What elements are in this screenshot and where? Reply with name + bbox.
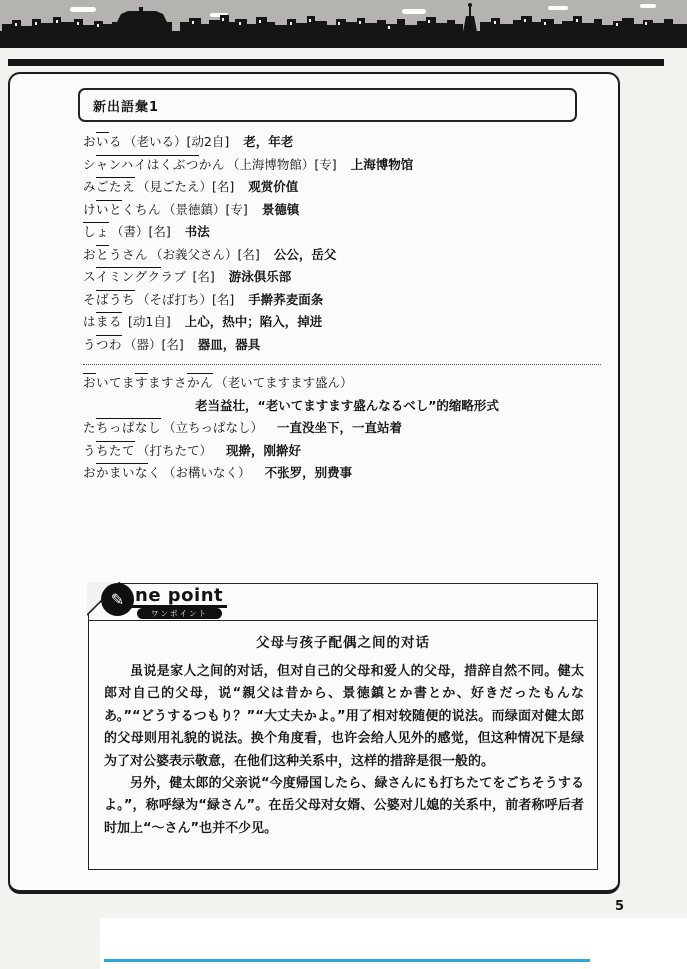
vocab-reading: おとうさん: [83, 245, 148, 262]
vocab-reading: しょ: [83, 222, 109, 239]
vocab-kanji-pos: [名]: [189, 269, 215, 284]
vocab-meaning: 景德镇: [262, 202, 300, 217]
vocab-reading: おかまいなく: [83, 463, 161, 480]
vocab-meaning: 手擀荞麦面条: [248, 292, 323, 307]
one-point-title: 父母与孩子配偶之间的对话: [89, 631, 597, 651]
vocab-entry: そばうち（そば打ち）[名]手擀荞麦面条: [83, 289, 607, 312]
one-point-paragraph: 另外，健太郎的父亲说“今度帰国したら、緑さんにも打ちたてをごちそうするよ。”，称…: [104, 773, 584, 840]
vocab-meaning: 老，年老: [243, 134, 293, 149]
vocab-reading: はまる: [83, 312, 122, 329]
city-skyline-image: [0, 0, 687, 48]
vocab-entry: うつわ（器）[名]器皿，器具: [83, 334, 607, 357]
vocab-entry: はまる [动1自]上心，热中；陷入，掉进: [83, 311, 607, 334]
vocab-entry: けいとくちん（景徳鎮）[专]景德镇: [83, 199, 607, 222]
vocab-reading: スイミングクラブ: [83, 267, 187, 284]
vocab-meaning-note: 老当益壮，“老いてますます盛んなるべし”的缩略形式: [195, 395, 607, 418]
vocab-kanji-pos: （老いてますます盛ん）: [215, 375, 353, 390]
vocab-reading: けいとくちん: [83, 200, 161, 217]
vocab-entry: しょ（書）[名]书法: [83, 221, 607, 244]
one-point-logo-subtitle: ワンポイント: [137, 608, 222, 619]
vocab-reading: うちたて: [83, 441, 135, 458]
vocab-kanji-pos: （書）[名]: [111, 224, 171, 239]
one-point-body: 虽说是家人之间的对话，但对自己的父母和爱人的父母，措辞自然不同。健太郎对自己的父…: [104, 661, 584, 840]
vocab-kanji-pos: （お構いなく）: [163, 465, 251, 480]
vocab-entry: スイミングクラブ [名]游泳俱乐部: [83, 266, 607, 289]
vocab-entry: おいてますますさかん（老いてますます盛ん）: [83, 372, 607, 395]
vocab-kanji-pos: （そば打ち）[名]: [137, 292, 234, 307]
vocab-reading: そばうち: [83, 290, 135, 307]
vocab-meaning: 现擀，刚擀好: [226, 443, 301, 458]
vocab-meaning: 公公，岳父: [274, 247, 337, 262]
vocab-entry: おいる（老いる）[动2自]老，年老: [83, 131, 607, 154]
bottom-blue-line: [104, 959, 590, 962]
vocab-meaning: 观赏价值: [248, 179, 298, 194]
vocab-meaning: 器皿，器具: [198, 337, 261, 352]
vocab-entry: おとうさん（お義父さん）[名]公公，岳父: [83, 244, 607, 267]
vocab-meaning: 不张罗，别费事: [265, 465, 353, 480]
vocab-meaning: 游泳俱乐部: [229, 269, 292, 284]
pencil-icon: ✎: [101, 583, 134, 616]
vocab-reading: みごたえ: [83, 177, 135, 194]
vocab-list: おいる（老いる）[动2自]老，年老シャンハイはくぶつかん（上海博物館）[专]上海…: [83, 131, 607, 485]
vocab-group-1: おいる（老いる）[动2自]老，年老シャンハイはくぶつかん（上海博物館）[专]上海…: [83, 131, 607, 356]
vocab-meaning: 上心，热中；陷入，掉进: [185, 314, 323, 329]
one-point-callout-box: ✎ ne point ワンポイント 父母与孩子配偶之间的对话 虽说是家人之间的对…: [88, 583, 598, 870]
one-point-paragraph: 虽说是家人之间的对话，但对自己的父母和爱人的父母，措辞自然不同。健太郎对自己的父…: [104, 661, 584, 773]
vocab-entry: うちたて（打ちたて）现擀，刚擀好: [83, 440, 607, 463]
vocab-reading: おいる: [83, 132, 122, 149]
vocab-kanji-pos: （老いる）[动2自]: [124, 134, 229, 149]
dotted-separator: [83, 364, 601, 365]
vocab-kanji-pos: （打ちたて）: [137, 443, 212, 458]
vocab-kanji-pos: （器）[名]: [124, 337, 184, 352]
one-point-header-rule: [89, 620, 597, 621]
vocab-group-2: おいてますますさかん（老いてますます盛ん）老当益壮，“老いてますます盛んなるべし…: [83, 372, 607, 485]
one-point-logo: ✎ ne point ワンポイント: [101, 583, 227, 616]
one-point-logo-text: ne point: [129, 586, 227, 608]
vocab-kanji-pos: （立ちっぱなし）: [163, 420, 263, 435]
vocab-section-title: 新出語彙1: [93, 96, 159, 115]
vocab-kanji-pos: （見ごたえ）[名]: [137, 179, 234, 194]
vocab-reading: シャンハイはくぶつかん: [83, 155, 225, 172]
vocab-entry: みごたえ（見ごたえ）[名]观赏价值: [83, 176, 607, 199]
vocab-reading: たちっぱなし: [83, 418, 161, 435]
vocab-entry: シャンハイはくぶつかん（上海博物館）[专]上海博物馆: [83, 154, 607, 177]
vocab-meaning: 上海博物馆: [351, 157, 414, 172]
vocab-reading: おいてますますさかん: [83, 373, 213, 390]
vocab-kanji-pos: （上海博物館）[专]: [227, 157, 337, 172]
vocab-meaning: 书法: [185, 224, 210, 239]
vocab-entry: おかまいなく（お構いなく）不张罗，别费事: [83, 462, 607, 485]
vocab-reading: うつわ: [83, 335, 122, 352]
vocab-kanji-pos: [动1自]: [124, 314, 171, 329]
vocab-entry: たちっぱなし（立ちっぱなし）一直没坐下，一直站着: [83, 417, 607, 440]
vocab-kanji-pos: （景徳鎮）[专]: [163, 202, 248, 217]
page-number: 5: [615, 899, 624, 914]
vocab-meaning: 一直没坐下，一直站着: [277, 420, 402, 435]
vocab-kanji-pos: （お義父さん）[名]: [150, 247, 260, 262]
vocab-section-header: 新出語彙1: [78, 88, 577, 122]
top-divider-rule: [8, 59, 664, 66]
